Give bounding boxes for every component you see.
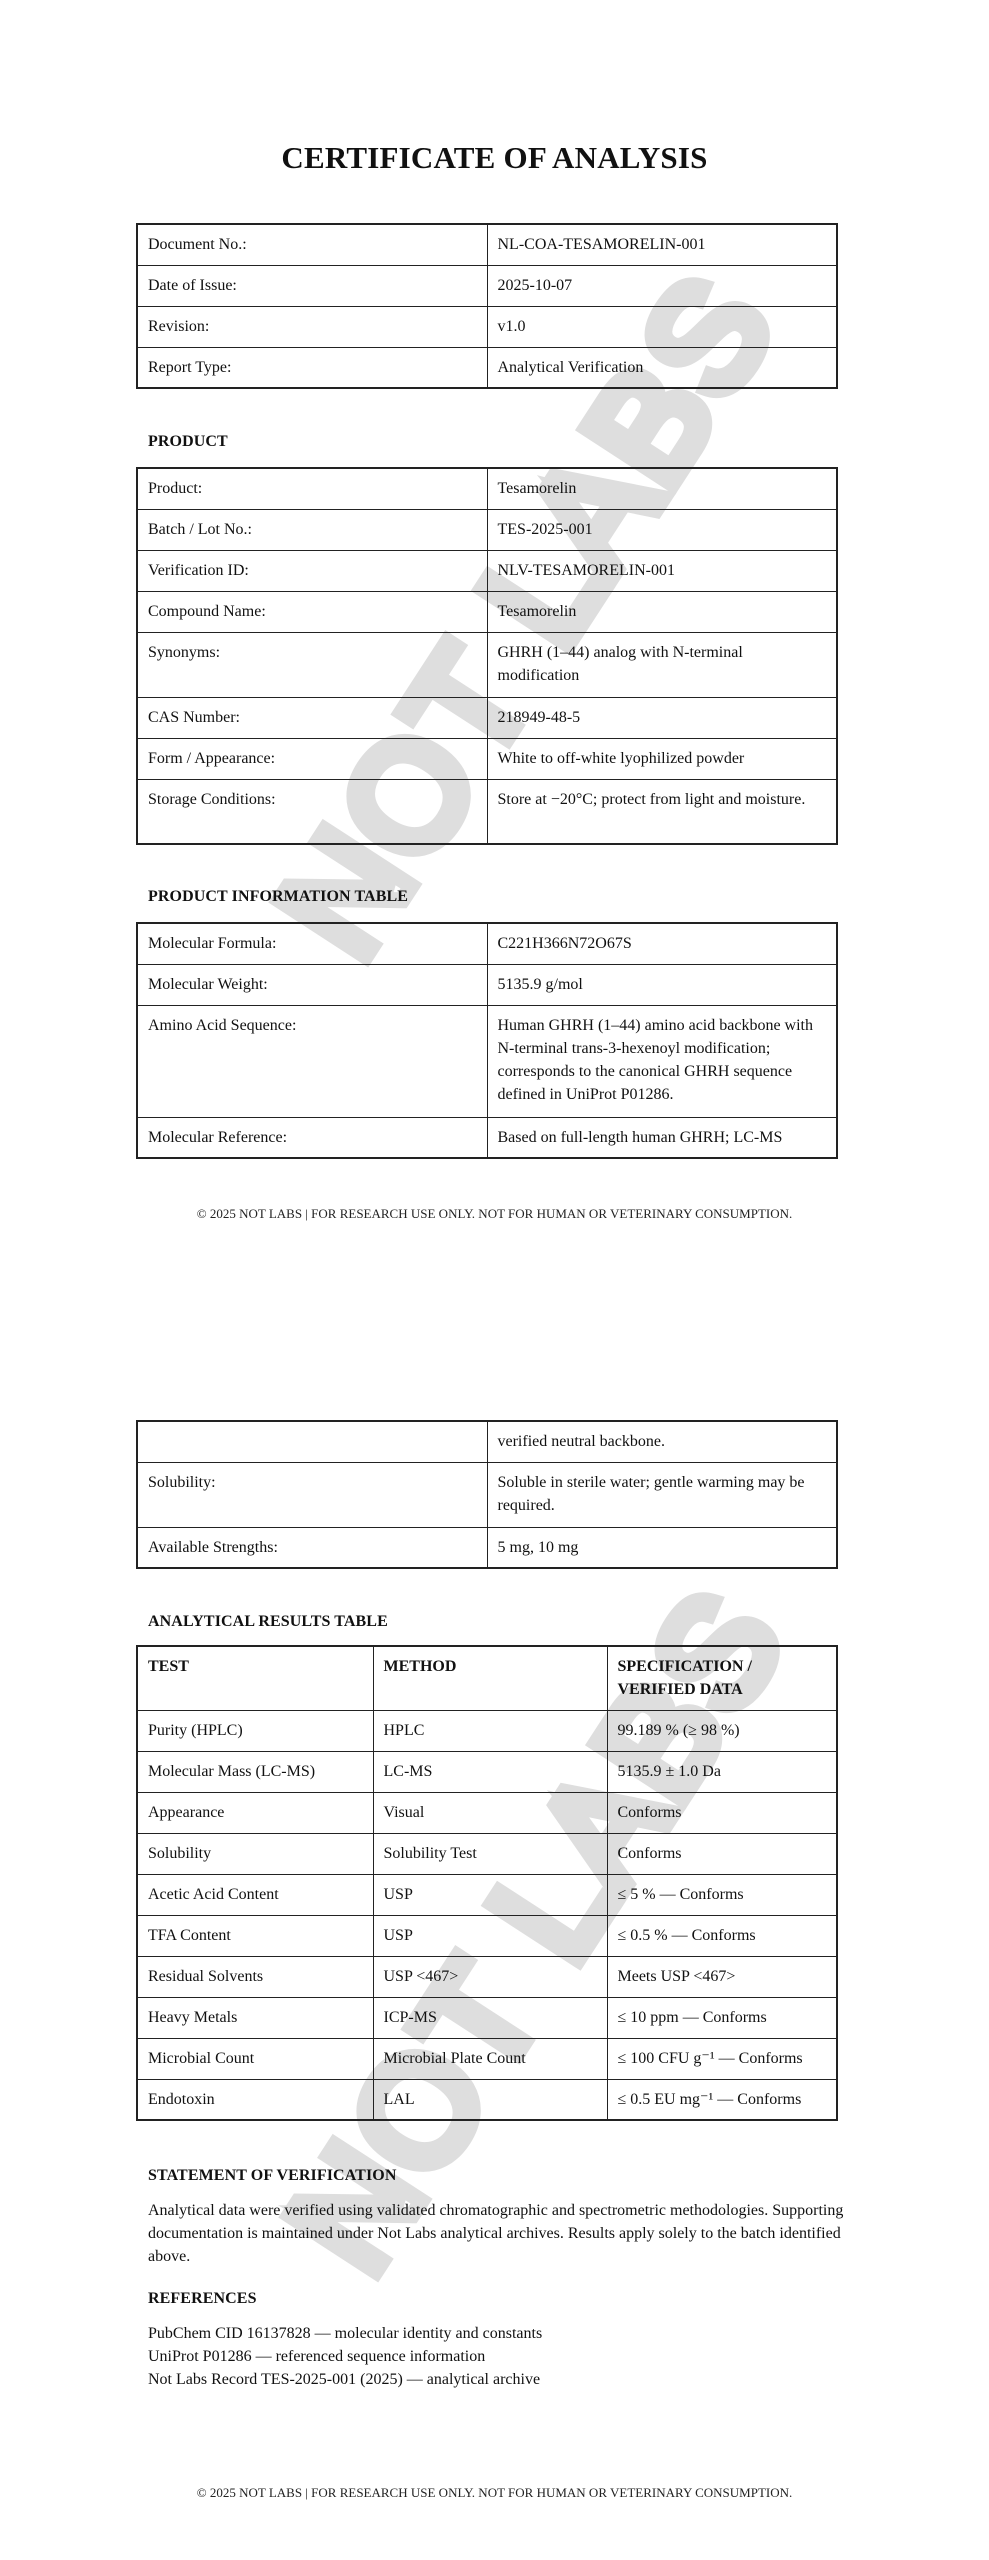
field-label: Available Strengths: — [137, 1527, 487, 1568]
field-value: NL-COA-TESAMORELIN-001 — [487, 224, 837, 265]
field-label: Batch / Lot No.: — [137, 509, 487, 550]
table-row: CAS Number: 218949-48-5 — [137, 697, 837, 738]
table-header-row: TEST METHOD SPECIFICATION / VERIFIED DAT… — [137, 1646, 837, 1710]
field-value: Tesamorelin — [487, 591, 837, 632]
table-row: Molecular Mass (LC-MS)LC-MS5135.9 ± 1.0 … — [137, 1751, 837, 1792]
cell-test: Solubility — [137, 1833, 373, 1874]
table-row: Compound Name: Tesamorelin — [137, 591, 837, 632]
product-table: Product: Tesamorelin Batch / Lot No.: TE… — [136, 467, 838, 845]
field-label: Amino Acid Sequence: — [137, 1005, 487, 1117]
document-title: CERTIFICATE OF ANALYSIS — [0, 140, 989, 176]
cell-test: Appearance — [137, 1792, 373, 1833]
field-label: Storage Conditions: — [137, 779, 487, 844]
table-row: Form / Appearance: White to off-white ly… — [137, 738, 837, 779]
table-row: Storage Conditions: Store at −20°C; prot… — [137, 779, 837, 844]
cell-method: USP <467> — [373, 1956, 607, 1997]
cell-method: USP — [373, 1915, 607, 1956]
column-header-method: METHOD — [373, 1646, 607, 1710]
field-label: Document No.: — [137, 224, 487, 265]
table-row: Batch / Lot No.: TES-2025-001 — [137, 509, 837, 550]
cell-method: HPLC — [373, 1710, 607, 1751]
field-value: Based on full-length human GHRH; LC-MS — [487, 1117, 837, 1158]
field-label: Date of Issue: — [137, 265, 487, 306]
table-row: Acetic Acid ContentUSP≤ 5 % — Conforms — [137, 1874, 837, 1915]
cell-test: Endotoxin — [137, 2079, 373, 2120]
cell-test: Heavy Metals — [137, 1997, 373, 2038]
statement-text: Analytical data were verified using vali… — [148, 2199, 848, 2268]
table-row: SolubilitySolubility TestConforms — [137, 1833, 837, 1874]
table-row: Residual SolventsUSP <467>Meets USP <467… — [137, 1956, 837, 1997]
references-list: PubChem CID 16137828 — molecular identit… — [148, 2322, 848, 2391]
field-value: 5135.9 g/mol — [487, 964, 837, 1005]
table-row: Date of Issue: 2025-10-07 — [137, 265, 837, 306]
table-row: Product: Tesamorelin — [137, 468, 837, 509]
cell-result: ≤ 0.5 EU mg⁻¹ — Conforms — [607, 2079, 837, 2120]
field-value: Analytical Verification — [487, 347, 837, 388]
table-row: EndotoxinLAL≤ 0.5 EU mg⁻¹ — Conforms — [137, 2079, 837, 2120]
reference-item: Not Labs Record TES-2025-001 (2025) — an… — [148, 2368, 848, 2391]
cell-test: Acetic Acid Content — [137, 1874, 373, 1915]
field-value: Soluble in sterile water; gentle warming… — [487, 1462, 837, 1527]
table-row: Revision: v1.0 — [137, 306, 837, 347]
table-row: Purity (HPLC)HPLC99.189 % (≥ 98 %) — [137, 1710, 837, 1751]
analytical-results-table: TEST METHOD SPECIFICATION / VERIFIED DAT… — [136, 1645, 838, 2121]
cell-method: LC-MS — [373, 1751, 607, 1792]
cell-result: Conforms — [607, 1833, 837, 1874]
field-value: 5 mg, 10 mg — [487, 1527, 837, 1568]
table-row: Solubility: Soluble in sterile water; ge… — [137, 1462, 837, 1527]
cell-test: Purity (HPLC) — [137, 1710, 373, 1751]
field-label: Verification ID: — [137, 550, 487, 591]
field-value: White to off-white lyophilized powder — [487, 738, 837, 779]
field-label: Molecular Weight: — [137, 964, 487, 1005]
field-value: GHRH (1–44) analog with N-terminal modif… — [487, 632, 837, 697]
field-label: Product: — [137, 468, 487, 509]
page-footer: © 2025 NOT LABS | FOR RESEARCH USE ONLY.… — [0, 1206, 989, 1222]
table-row: TFA ContentUSP≤ 0.5 % — Conforms — [137, 1915, 837, 1956]
table-row: Microbial CountMicrobial Plate Count≤ 10… — [137, 2038, 837, 2079]
cell-result: 99.189 % (≥ 98 %) — [607, 1710, 837, 1751]
field-value: 218949-48-5 — [487, 697, 837, 738]
field-value: Human GHRH (1–44) amino acid backbone wi… — [487, 1005, 837, 1117]
section-heading-product-information: PRODUCT INFORMATION TABLE — [148, 888, 408, 906]
field-label: Form / Appearance: — [137, 738, 487, 779]
cell-method: USP — [373, 1874, 607, 1915]
table-row: Synonyms: GHRH (1–44) analog with N-term… — [137, 632, 837, 697]
field-label: Revision: — [137, 306, 487, 347]
cell-method: Solubility Test — [373, 1833, 607, 1874]
field-value: NLV-TESAMORELIN-001 — [487, 550, 837, 591]
document-info-table: Document No.: NL-COA-TESAMORELIN-001 Dat… — [136, 223, 838, 389]
page-footer: © 2025 NOT LABS | FOR RESEARCH USE ONLY.… — [0, 2485, 989, 2501]
cell-result: ≤ 5 % — Conforms — [607, 1874, 837, 1915]
section-heading-statement: STATEMENT OF VERIFICATION — [148, 2167, 396, 2185]
field-label: CAS Number: — [137, 697, 487, 738]
cell-method: Microbial Plate Count — [373, 2038, 607, 2079]
field-value: TES-2025-001 — [487, 509, 837, 550]
cell-test: Microbial Count — [137, 2038, 373, 2079]
cell-result: ≤ 0.5 % — Conforms — [607, 1915, 837, 1956]
cell-method: LAL — [373, 2079, 607, 2120]
table-row: Verification ID: NLV-TESAMORELIN-001 — [137, 550, 837, 591]
cell-result: ≤ 10 ppm — Conforms — [607, 1997, 837, 2038]
field-label: Molecular Reference: — [137, 1117, 487, 1158]
table-row: Report Type: Analytical Verification — [137, 347, 837, 388]
column-header-specification: SPECIFICATION / VERIFIED DATA — [607, 1646, 837, 1710]
field-value: C221H366N72O67S — [487, 923, 837, 964]
table-row: Amino Acid Sequence: Human GHRH (1–44) a… — [137, 1005, 837, 1117]
field-value: Tesamorelin — [487, 468, 837, 509]
field-value: v1.0 — [487, 306, 837, 347]
cell-test: Molecular Mass (LC-MS) — [137, 1751, 373, 1792]
table-row: Document No.: NL-COA-TESAMORELIN-001 — [137, 224, 837, 265]
table-row: Molecular Weight: 5135.9 g/mol — [137, 964, 837, 1005]
cell-method: Visual — [373, 1792, 607, 1833]
cell-result: Meets USP <467> — [607, 1956, 837, 1997]
cell-result: ≤ 100 CFU g⁻¹ — Conforms — [607, 2038, 837, 2079]
cell-method: ICP-MS — [373, 1997, 607, 2038]
field-label: Molecular Formula: — [137, 923, 487, 964]
cell-result: Conforms — [607, 1792, 837, 1833]
field-value: Store at −20°C; protect from light and m… — [487, 779, 837, 844]
table-row: Available Strengths: 5 mg, 10 mg — [137, 1527, 837, 1568]
cell-test: TFA Content — [137, 1915, 373, 1956]
field-label: Solubility: — [137, 1462, 487, 1527]
field-value: verified neutral backbone. — [487, 1421, 837, 1462]
section-heading-references: REFERENCES — [148, 2290, 257, 2308]
field-label: Report Type: — [137, 347, 487, 388]
field-label: Compound Name: — [137, 591, 487, 632]
reference-item: PubChem CID 16137828 — molecular identit… — [148, 2322, 848, 2345]
cell-test: Residual Solvents — [137, 1956, 373, 1997]
table-row: Heavy MetalsICP-MS≤ 10 ppm — Conforms — [137, 1997, 837, 2038]
section-heading-product: PRODUCT — [148, 433, 228, 451]
field-value: 2025-10-07 — [487, 265, 837, 306]
column-header-test: TEST — [137, 1646, 373, 1710]
cell-result: 5135.9 ± 1.0 Da — [607, 1751, 837, 1792]
table-row: verified neutral backbone. — [137, 1421, 837, 1462]
product-information-table-continued: verified neutral backbone. Solubility: S… — [136, 1420, 838, 1569]
table-row: Molecular Formula: C221H366N72O67S — [137, 923, 837, 964]
table-row: AppearanceVisualConforms — [137, 1792, 837, 1833]
reference-item: UniProt P01286 — referenced sequence inf… — [148, 2345, 848, 2368]
product-information-table: Molecular Formula: C221H366N72O67S Molec… — [136, 922, 838, 1159]
field-label: Synonyms: — [137, 632, 487, 697]
section-heading-analytical-results: ANALYTICAL RESULTS TABLE — [148, 1613, 388, 1631]
table-row: Molecular Reference: Based on full-lengt… — [137, 1117, 837, 1158]
field-label — [137, 1421, 487, 1462]
